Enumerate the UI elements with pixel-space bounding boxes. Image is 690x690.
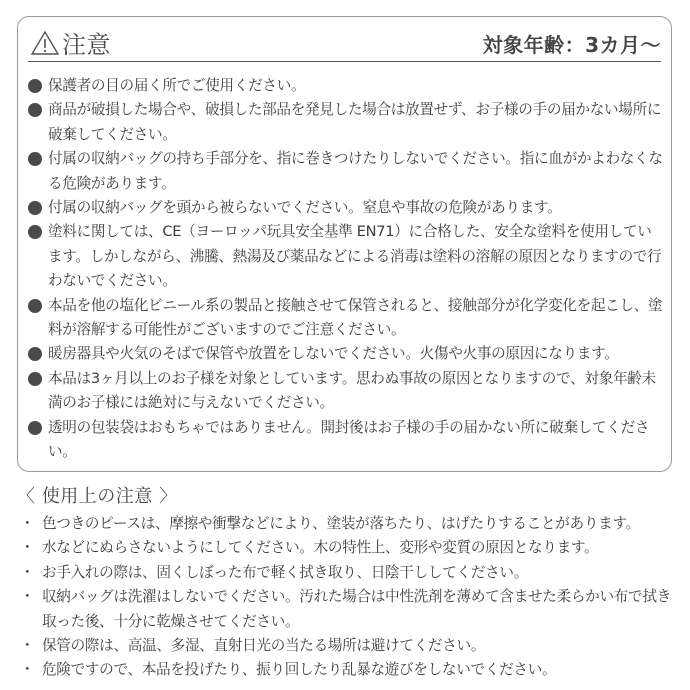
usage-item: ・保管の際は、高温、多湿、直射日光の当たる場所は避けてください。 <box>18 634 676 658</box>
usage-notes-title: 〈 使用上の注意 〉 <box>17 482 177 508</box>
usage-item: ・色つきのピースは、摩擦や衝撃などにより、塗装が落ちたり、はげたりすることがあり… <box>18 512 676 536</box>
middle-dot-icon: ・ <box>20 536 34 560</box>
bullet-icon <box>28 201 42 215</box>
caution-box: 注意 対象年齢：3カ月〜 保護者の目の届く所でご使用ください。 商品が破損した場… <box>17 16 672 472</box>
bullet-icon <box>28 372 42 386</box>
caution-title: 注意 <box>30 25 111 60</box>
middle-dot-icon: ・ <box>20 512 34 536</box>
middle-dot-icon: ・ <box>20 585 34 609</box>
bullet-icon <box>28 152 42 166</box>
bullet-icon <box>28 347 42 361</box>
middle-dot-icon: ・ <box>20 658 34 682</box>
bullet-icon <box>28 299 42 313</box>
usage-item: ・水などにぬらさないようにしてください。木の特性上、変形や変質の原因となります。 <box>18 536 676 560</box>
caution-list: 保護者の目の届く所でご使用ください。 商品が破損した場合や、破損した部品を発見し… <box>28 74 663 465</box>
usage-item: ・収納バッグは洗濯はしないでください。汚れた場合は中性洗剤を薄めて含ませた柔らか… <box>18 585 676 634</box>
caution-item: 本品を他の塩化ビニール系の製品と接触させて保管されると、接触部分が化学変化を起こ… <box>28 294 663 343</box>
caution-title-text: 注意 <box>62 25 111 60</box>
bullet-icon <box>28 103 42 117</box>
caution-header: 注意 対象年齢：3カ月〜 <box>28 17 661 62</box>
caution-item: 暖房器具や火気のそばで保管や放置をしないでください。火傷や火事の原因になります。 <box>28 342 663 366</box>
usage-notes-list: ・色つきのピースは、摩擦や衝撃などにより、塗装が落ちたり、はげたりすることがあり… <box>18 512 676 683</box>
target-age: 対象年齢：3カ月〜 <box>483 29 661 58</box>
caution-item: 付属の収納バッグを頭から被らないでください。窒息や事故の危険があります。 <box>28 196 663 220</box>
caution-item: 商品が破損した場合や、破損した部品を発見した場合は放置せず、お子様の手の届かない… <box>28 98 663 147</box>
caution-item: 付属の収納バッグの持ち手部分を、指に巻きつけたりしないでください。指に血がかよわ… <box>28 147 663 196</box>
warning-triangle-icon <box>30 30 60 56</box>
middle-dot-icon: ・ <box>20 561 34 585</box>
middle-dot-icon: ・ <box>20 634 34 658</box>
bullet-icon <box>28 225 42 239</box>
caution-item: 本品は3ヶ月以上のお子様を対象としています。思わぬ事故の原因となりますので、対象… <box>28 367 663 416</box>
usage-item: ・お手入れの際は、固くしぼった布で軽く拭き取り、日陰干ししてください。 <box>18 561 676 585</box>
caution-item: 保護者の目の届く所でご使用ください。 <box>28 74 663 98</box>
caution-item: 塗料に関しては、CE（ヨーロッパ玩具安全基準 EN71）に合格した、安全な塗料を… <box>28 220 663 293</box>
bullet-icon <box>28 421 42 435</box>
usage-item: ・危険ですので、本品を投げたり、振り回したり乱暴な遊びをしないでください。 <box>18 658 676 682</box>
bullet-icon <box>28 79 42 93</box>
caution-item: 透明の包装袋はおもちゃではありません。開封後はお子様の手の届かない所に破棄してく… <box>28 416 663 465</box>
